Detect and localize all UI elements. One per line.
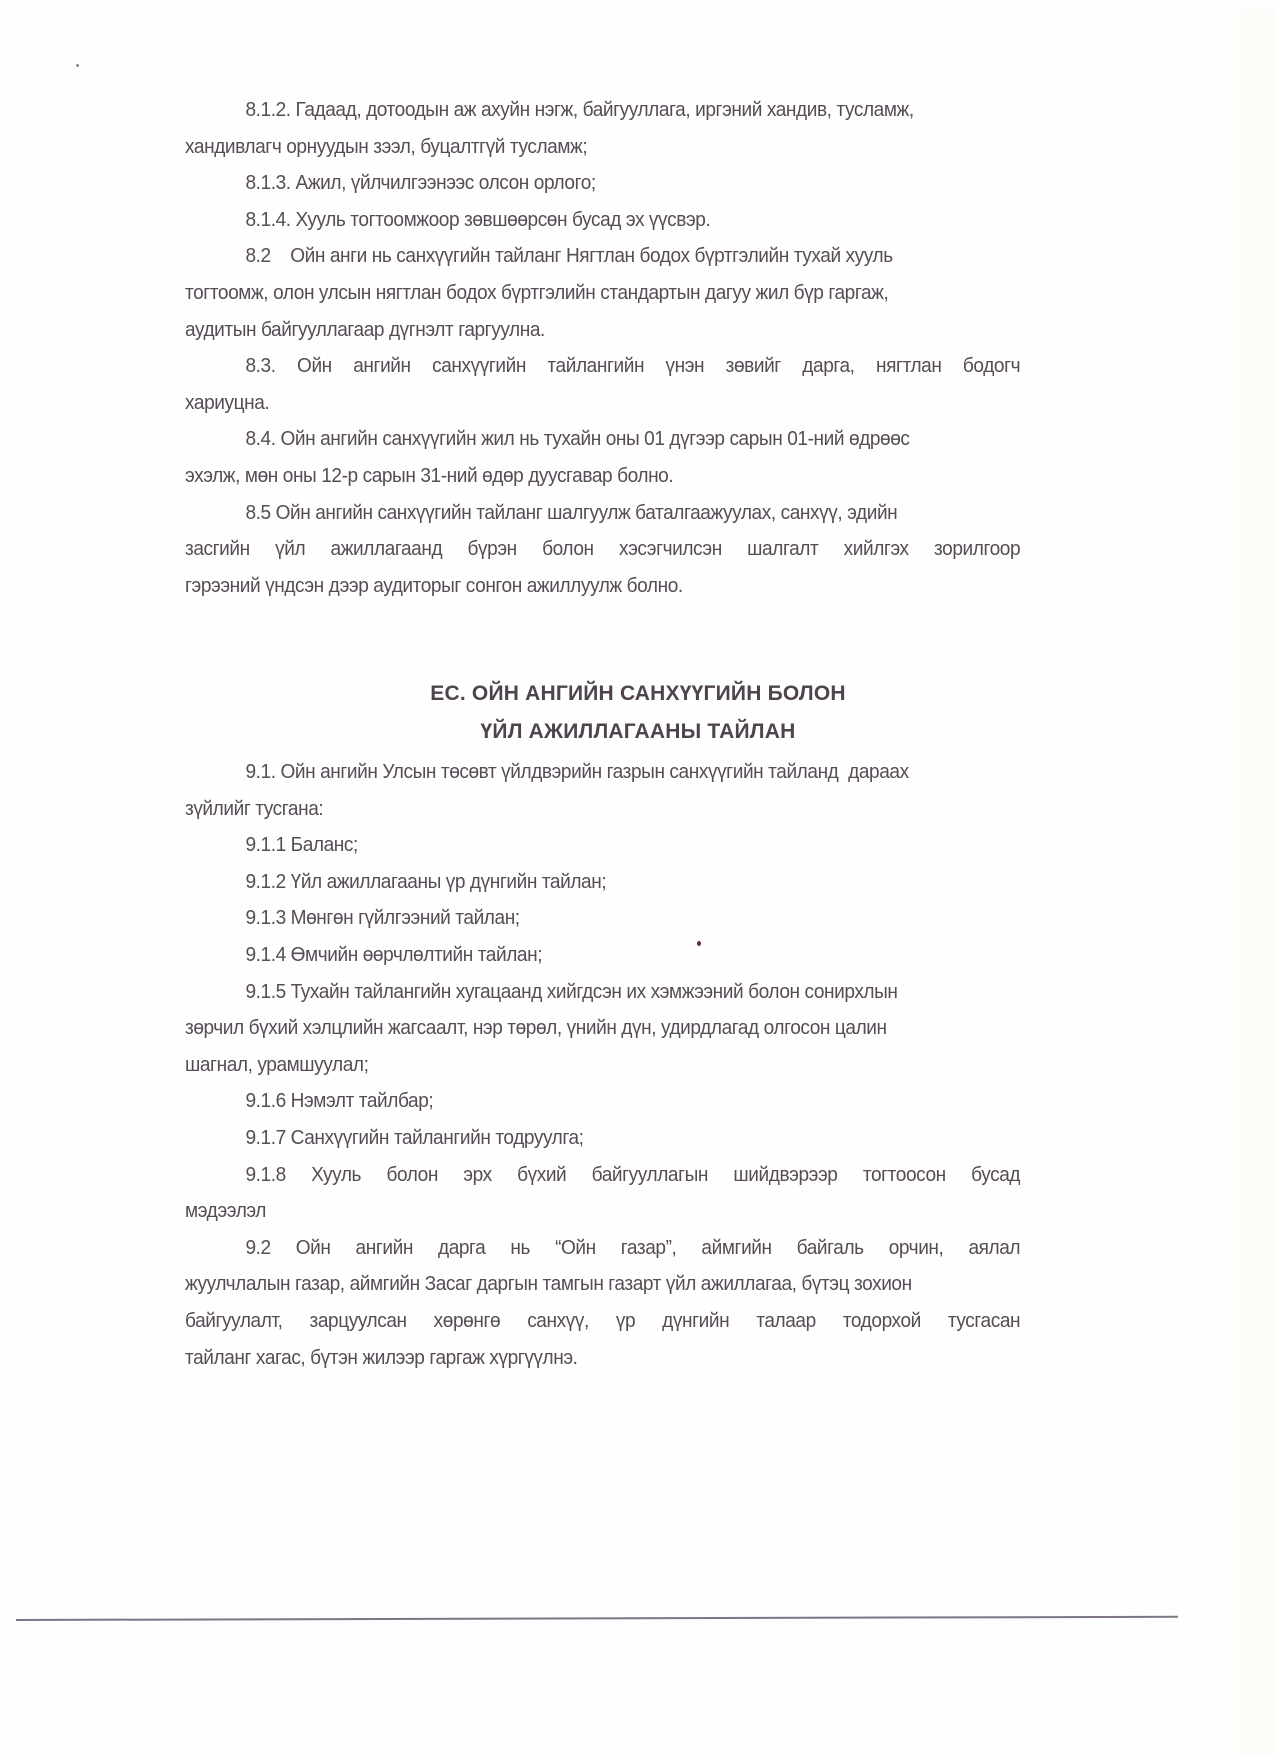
item-9-1-2: 9.1.2 Үйл ажиллагааны үр дүнгийн тайлан; (185, 864, 1020, 901)
paragraph-9-2-line-2: жуулчлалын газар, аймгийн Засаг даргын т… (185, 1266, 1020, 1303)
paragraph-9-2-line-1: 9.2 Ойн ангийн дарга нь “Ойн газар”, айм… (185, 1230, 1020, 1267)
paragraph-8-3-line-2: хариуцна. (185, 385, 1020, 422)
item-9-1-5-line-1: 9.1.5 Тухайн тайлангийн хугацаанд хийгдс… (185, 974, 1020, 1011)
footer-rule (16, 1616, 1178, 1621)
item-9-1-1: 9.1.1 Баланс; (185, 827, 1020, 864)
section-9-body: 9.1. Ойн ангийн Улсын төсөвт үйлдвэрийн … (185, 754, 1020, 1376)
item-9-1-5-line-3: шагнал, урамшуулал; (185, 1047, 1020, 1084)
section-8-continued: 8.1.2. Гадаад, дотоодын аж ахуйн нэгж, б… (185, 92, 1020, 604)
scan-edge-shade (1238, 10, 1276, 1755)
section-9-heading-line-2: ҮЙЛ АЖИЛЛАГААНЫ ТАЙЛАН (0, 720, 1276, 744)
paragraph-9-2-line-3: байгуулалт, зарцуулсан хөрөнгө санхүү, ү… (185, 1303, 1020, 1340)
section-9-heading-line-1: ЕС. ОЙН АНГИЙН САНХҮҮГИЙН БОЛОН (0, 682, 1276, 706)
item-9-1-8-line-1: 9.1.8 Хууль болон эрх бүхий байгууллагын… (185, 1157, 1020, 1194)
paragraph-8-1-4: 8.1.4. Хууль тогтоомжоор зөвшөөрсөн буса… (185, 202, 1020, 239)
item-9-1-3: 9.1.3 Мөнгөн гүйлгээний тайлан; (185, 900, 1020, 937)
item-9-1-8-line-2: мэдээлэл (185, 1193, 1020, 1230)
item-9-1-4: 9.1.4 Өмчийн өөрчлөлтийн тайлан; (185, 937, 1020, 974)
paragraph-9-1-line-2: зүйлийг тусгана: (185, 791, 1020, 828)
item-9-1-6: 9.1.6 Нэмэлт тайлбар; (185, 1083, 1020, 1120)
paragraph-8-4-line-2: эхэлж, мөн оны 12-р сарын 31-ний өдөр ду… (185, 458, 1020, 495)
paragraph-8-2-line-3: аудитын байгууллагаар дүгнэлт гаргуулна. (185, 312, 1020, 349)
scan-speck (76, 64, 79, 67)
paragraph-8-5-line-3: гэрээний үндсэн дээр аудиторыг сонгон аж… (185, 568, 1020, 605)
paragraph-8-1-3: 8.1.3. Ажил, үйлчилгээнээс олсон орлого; (185, 165, 1020, 202)
paragraph-8-4-line-1: 8.4. Ойн ангийн санхүүгийн жил нь тухайн… (185, 421, 1020, 458)
paragraph-8-2-line-2: тогтоомж, олон улсын нягтлан бодох бүртг… (185, 275, 1020, 312)
item-9-1-7: 9.1.7 Санхүүгийн тайлангийн тодруулга; (185, 1120, 1020, 1157)
scanned-page: 8.1.2. Гадаад, дотоодын аж ахуйн нэгж, б… (0, 0, 1276, 1755)
paragraph-8-5-line-2: засгийн үйл ажиллагаанд бүрэн болон хэсэ… (185, 531, 1020, 568)
paragraph-8-5-line-1: 8.5 Ойн ангийн санхүүгийн тайланг шалгуу… (185, 495, 1020, 532)
paragraph-9-2-line-4: тайланг хагас, бүтэн жилээр гаргаж хүргү… (185, 1340, 1020, 1377)
paragraph-8-3-line-1: 8.3. Ойн ангийн санхүүгийн тайлангийн үн… (185, 348, 1020, 385)
paragraph-9-1-line-1: 9.1. Ойн ангийн Улсын төсөвт үйлдвэрийн … (185, 754, 1020, 791)
item-9-1-5-line-2: зөрчил бүхий хэлцлийн жагсаалт, нэр төрө… (185, 1010, 1020, 1047)
paragraph-8-1-2-line-2: хандивлагч орнуудын зээл, буцалтгүй тусл… (185, 129, 1020, 166)
paragraph-8-1-2-line-1: 8.1.2. Гадаад, дотоодын аж ахуйн нэгж, б… (185, 92, 1020, 129)
paragraph-8-2-line-1: 8.2 Ойн анги нь санхүүгийн тайланг Нягтл… (185, 238, 1020, 275)
